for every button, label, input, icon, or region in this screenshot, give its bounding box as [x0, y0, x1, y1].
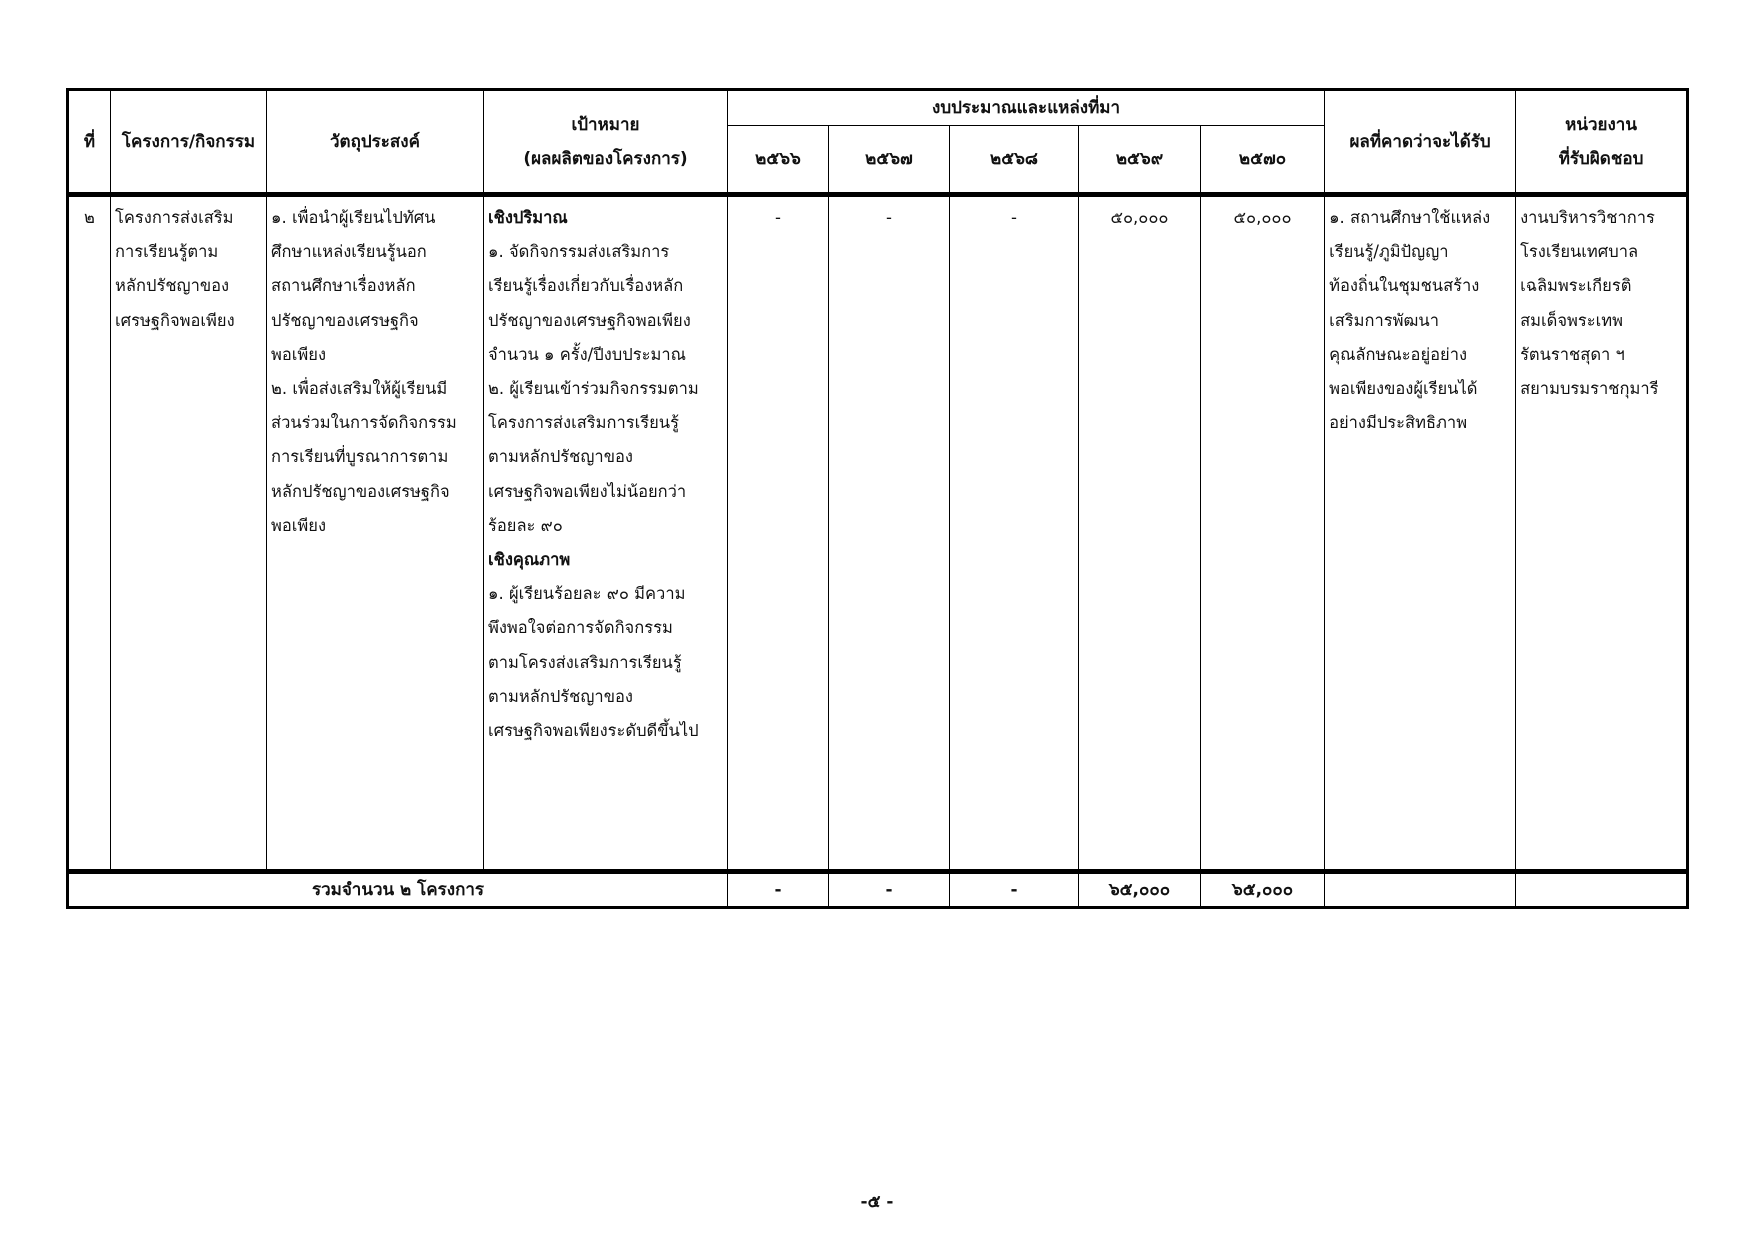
- text-line: ๑. ผู้เรียนร้อยละ ๙๐ มีความ: [488, 577, 723, 611]
- row-budget-2568: -: [950, 195, 1079, 872]
- text-line: เฉลิมพระเกียรติ: [1520, 269, 1682, 303]
- text-line: สมเด็จพระเทพ: [1520, 304, 1682, 338]
- header-budget-group: งบประมาณและแหล่งที่มา: [728, 90, 1325, 126]
- total-row: รวมจำนวน ๒ โครงการ - - - ๖๕,๐๐๐ ๖๕,๐๐๐: [68, 872, 1688, 908]
- text-line: สยามบรมราชกุมารี: [1520, 372, 1682, 406]
- text-line: งานบริหารวิชาการ: [1520, 201, 1682, 235]
- table-row: ๒ โครงการส่งเสริมการเรียนรู้ตามหลักปรัชญ…: [68, 195, 1688, 872]
- total-budget-2570: ๖๕,๐๐๐: [1201, 872, 1325, 908]
- text-line: ตามโครงส่งเสริมการเรียนรู้: [488, 646, 723, 680]
- text-line: พึงพอใจต่อการจัดกิจกรรม: [488, 611, 723, 645]
- header-expected-result: ผลที่คาดว่าจะได้รับ: [1325, 90, 1516, 195]
- text-line: ๑. สถานศึกษาใช้แหล่ง: [1329, 201, 1511, 235]
- text-line: พอเพียง: [271, 509, 479, 543]
- header-target-line2: (ผลผลิตของโครงการ): [488, 142, 723, 176]
- header-no: ที่: [68, 90, 111, 195]
- text-line: ตามหลักปรัชญาของ: [488, 440, 723, 474]
- header-year-2567: ๒๕๖๗: [829, 126, 950, 195]
- text-line: ศึกษาแหล่งเรียนรู้นอก: [271, 235, 479, 269]
- text-line: การเรียนรู้ตาม: [115, 235, 262, 269]
- row-objective: ๑. เพื่อนำผู้เรียนไปทัศนศึกษาแหล่งเรียนร…: [267, 195, 484, 872]
- row-target: เชิงปริมาณ ๑. จัดกิจกรรมส่งเสริมการเรียน…: [484, 195, 728, 872]
- header-target-line1: เป้าหมาย: [488, 108, 723, 142]
- text-line: ๑. เพื่อนำผู้เรียนไปทัศน: [271, 201, 479, 235]
- text-line: ๑. จัดกิจกรรมส่งเสริมการ: [488, 235, 723, 269]
- document-page: ที่ โครงการ/กิจกรรม วัตถุประสงค์ เป้าหมา…: [0, 0, 1754, 1240]
- target-quality-list: ๑. ผู้เรียนร้อยละ ๙๐ มีความพึงพอใจต่อการ…: [488, 577, 723, 748]
- total-budget-2568: -: [950, 872, 1079, 908]
- total-responsible-unit: [1516, 872, 1688, 908]
- target-quantity-list: ๑. จัดกิจกรรมส่งเสริมการเรียนรู้เรื่องเก…: [488, 235, 723, 543]
- text-line: อย่างมีประสิทธิภาพ: [1329, 406, 1511, 440]
- header-year-2569: ๒๕๖๙: [1079, 126, 1201, 195]
- text-line: พอเพียง: [271, 338, 479, 372]
- header-year-2568: ๒๕๖๘: [950, 126, 1079, 195]
- text-line: เรียนรู้เรื่องเกี่ยวกับเรื่องหลัก: [488, 269, 723, 303]
- row-budget-2569: ๕๐,๐๐๐: [1079, 195, 1201, 872]
- header-year-2570: ๒๕๗๐: [1201, 126, 1325, 195]
- page-number: -๕ -: [0, 1188, 1754, 1215]
- row-budget-2566: -: [728, 195, 829, 872]
- text-line: หลักปรัชญาของ: [115, 269, 262, 303]
- header-responsible-unit: หน่วยงาน ที่รับผิดชอบ: [1516, 90, 1688, 195]
- text-line: ปรัชญาของเศรษฐกิจพอเพียง: [488, 304, 723, 338]
- text-line: การเรียนที่บูรณาการตาม: [271, 440, 479, 474]
- total-expected-result: [1325, 872, 1516, 908]
- row-expected-result: ๑. สถานศึกษาใช้แหล่งเรียนรู้/ภูมิปัญญาท้…: [1325, 195, 1516, 872]
- header-project: โครงการ/กิจกรรม: [111, 90, 267, 195]
- table-header: ที่ โครงการ/กิจกรรม วัตถุประสงค์ เป้าหมา…: [68, 90, 1688, 195]
- text-line: ท้องถิ่นในชุมชนสร้าง: [1329, 269, 1511, 303]
- row-project: โครงการส่งเสริมการเรียนรู้ตามหลักปรัชญาข…: [111, 195, 267, 872]
- header-unit-line2: ที่รับผิดชอบ: [1520, 142, 1682, 176]
- text-line: เสริมการพัฒนา: [1329, 304, 1511, 338]
- text-line: โครงการส่งเสริม: [115, 201, 262, 235]
- row-responsible-unit: งานบริหารวิชาการโรงเรียนเทศบาลเฉลิมพระเก…: [1516, 195, 1688, 872]
- text-line: ปรัชญาของเศรษฐกิจ: [271, 304, 479, 338]
- text-line: เศรษฐกิจพอเพียงระดับดีขึ้นไป: [488, 714, 723, 748]
- row-budget-2570: ๕๐,๐๐๐: [1201, 195, 1325, 872]
- text-line: เศรษฐกิจพอเพียง: [115, 304, 262, 338]
- text-line: โครงการส่งเสริมการเรียนรู้: [488, 406, 723, 440]
- header-objective: วัตถุประสงค์: [267, 90, 484, 195]
- header-unit-line1: หน่วยงาน: [1520, 108, 1682, 142]
- text-line: ส่วนร่วมในการจัดกิจกรรม: [271, 406, 479, 440]
- text-line: ๒. เพื่อส่งเสริมให้ผู้เรียนมี: [271, 372, 479, 406]
- text-line: หลักปรัชญาของเศรษฐกิจ: [271, 475, 479, 509]
- text-line: เรียนรู้/ภูมิปัญญา: [1329, 235, 1511, 269]
- row-no: ๒: [68, 195, 111, 872]
- text-line: โรงเรียนเทศบาล: [1520, 235, 1682, 269]
- total-budget-2567: -: [829, 872, 950, 908]
- text-line: คุณลักษณะอยู่อย่าง: [1329, 338, 1511, 372]
- total-budget-2566: -: [728, 872, 829, 908]
- text-line: ๒. ผู้เรียนเข้าร่วมกิจกรรมตาม: [488, 372, 723, 406]
- header-year-2566: ๒๕๖๖: [728, 126, 829, 195]
- target-quality-heading: เชิงคุณภาพ: [488, 543, 723, 577]
- text-line: เศรษฐกิจพอเพียงไม่น้อยกว่า: [488, 475, 723, 509]
- text-line: พอเพียงของผู้เรียนได้: [1329, 372, 1511, 406]
- project-plan-table: ที่ โครงการ/กิจกรรม วัตถุประสงค์ เป้าหมา…: [66, 88, 1689, 909]
- text-line: จำนวน ๑ ครั้ง/ปีงบประมาณ: [488, 338, 723, 372]
- total-budget-2569: ๖๕,๐๐๐: [1079, 872, 1201, 908]
- row-budget-2567: -: [829, 195, 950, 872]
- text-line: รัตนราชสุดา ฯ: [1520, 338, 1682, 372]
- text-line: ตามหลักปรัชญาของ: [488, 680, 723, 714]
- total-label: รวมจำนวน ๒ โครงการ: [68, 872, 728, 908]
- target-quantity-heading: เชิงปริมาณ: [488, 201, 723, 235]
- text-line: สถานศึกษาเรื่องหลัก: [271, 269, 479, 303]
- text-line: ร้อยละ ๙๐: [488, 509, 723, 543]
- header-target: เป้าหมาย (ผลผลิตของโครงการ): [484, 90, 728, 195]
